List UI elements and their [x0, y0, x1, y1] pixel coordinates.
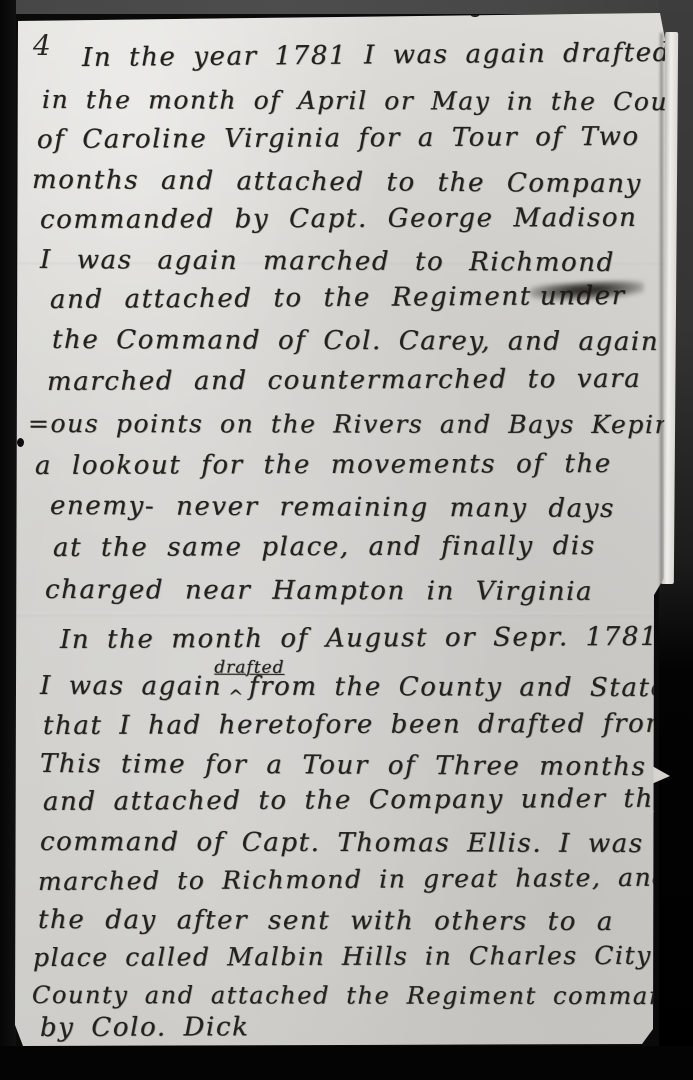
manuscript-line: This time for a Tour of Three months: [40, 749, 647, 782]
manuscript-line: place called Malbin Hills in Charles Cit…: [33, 941, 652, 972]
line-text: and attached to the Company under the: [43, 784, 671, 817]
line-text: by Colo. Dick: [40, 1012, 250, 1043]
manuscript-line: months and attached to the Company: [32, 165, 642, 199]
manuscript-line: In the year 1781 I was again drafted: [82, 38, 671, 73]
manuscript-line: enemy- never remaining many days: [50, 491, 615, 524]
manuscript-line: I was againdrafted^from the County and S…: [40, 671, 668, 703]
line-text: at the same place, and finally dis: [53, 531, 596, 563]
manuscript-line: a lookout for the movements of the: [35, 449, 612, 481]
line-text: marched and countermarched to vara: [47, 364, 642, 397]
manuscript-line: County and attached the Regiment command…: [32, 981, 693, 1010]
manuscript-page: 4 In the year 1781 I was again drafted i…: [15, 13, 665, 1046]
manuscript-line: marched to Richmond in great haste, and: [38, 863, 670, 896]
line-text: of Caroline Virginia for a Tour of Two: [37, 122, 640, 155]
manuscript-line: charged near Hampton in Virginia: [45, 575, 593, 607]
line-text: command of Capt. Thomas Ellis. I was: [40, 827, 644, 859]
manuscript-line: and attached to the Company under the: [43, 784, 671, 817]
manuscript-line: of Caroline Virginia for a Tour of Two: [37, 122, 640, 155]
manuscript-line: commanded by Capt. George Madison: [40, 203, 638, 235]
line-text: =ous points on the Rivers and Bays Kepin…: [28, 409, 690, 439]
line-text: In the year 1781 I was again drafted: [82, 38, 671, 73]
manuscript-line: by Colo. Dick: [40, 1012, 250, 1043]
line-text: This time for a Tour of Three months: [40, 749, 647, 782]
line-text: charged near Hampton in Virginia: [45, 575, 593, 607]
line-text: the Command of Col. Carey, and again: [52, 325, 659, 357]
manuscript-text-block: In the year 1781 I was again drafted in …: [15, 13, 665, 1046]
line-text: months and attached to the Company: [32, 165, 642, 199]
line-text: and attached to the Regiment: [50, 282, 532, 315]
line-text: the day after sent with others to a: [38, 905, 614, 937]
caret-insertion-mark: ^: [228, 687, 245, 708]
ink-smudge: under: [540, 281, 626, 312]
line-text: a lookout for the movements of the: [35, 449, 612, 481]
manuscript-line: the Command of Col. Carey, and again: [52, 325, 659, 357]
interlinear-insertion: drafted^: [228, 672, 245, 702]
line-text: County and attached the Regiment command…: [32, 981, 693, 1010]
manuscript-line: that I had heretofore been drafted from: [43, 709, 672, 741]
line-text: in the month of April or May in the Coun…: [42, 85, 693, 116]
line-text: commanded by Capt. George Madison: [40, 203, 638, 235]
line-text: place called Malbin Hills in Charles Cit…: [33, 941, 652, 972]
manuscript-line: I was again marched to Richmond: [40, 245, 615, 278]
line-text: In the month of August or Sepr. 1781: [60, 622, 658, 655]
line-text: marched to Richmond in great haste, and: [38, 863, 670, 896]
scanner-background-left: [0, 0, 16, 1080]
scanner-background-bottom: [0, 1046, 693, 1080]
manuscript-line: in the month of April or May in the Coun…: [42, 85, 693, 116]
line-text: I was again marched to Richmond: [40, 245, 615, 278]
manuscript-line: the day after sent with others to a: [38, 905, 614, 937]
line-text: enemy- never remaining many days: [50, 491, 615, 524]
line-text: from the County and State: [249, 672, 668, 703]
manuscript-line: command of Capt. Thomas Ellis. I was: [40, 827, 644, 859]
line-text: I was again: [40, 671, 222, 702]
ink-speck: [17, 438, 24, 447]
inserted-word: drafted: [214, 658, 284, 678]
manuscript-line: =ous points on the Rivers and Bays Kepin…: [28, 409, 690, 439]
manuscript-line: marched and countermarched to vara: [47, 364, 642, 397]
scanner-background-top: [0, 0, 693, 14]
manuscript-line: In the month of August or Sepr. 1781: [60, 622, 658, 655]
smudged-word: under: [540, 281, 626, 312]
manuscript-line: and attached to the Regimentunder: [50, 281, 626, 315]
manuscript-line: at the same place, and finally dis: [53, 531, 596, 563]
line-text: that I had heretofore been drafted from: [43, 709, 672, 741]
